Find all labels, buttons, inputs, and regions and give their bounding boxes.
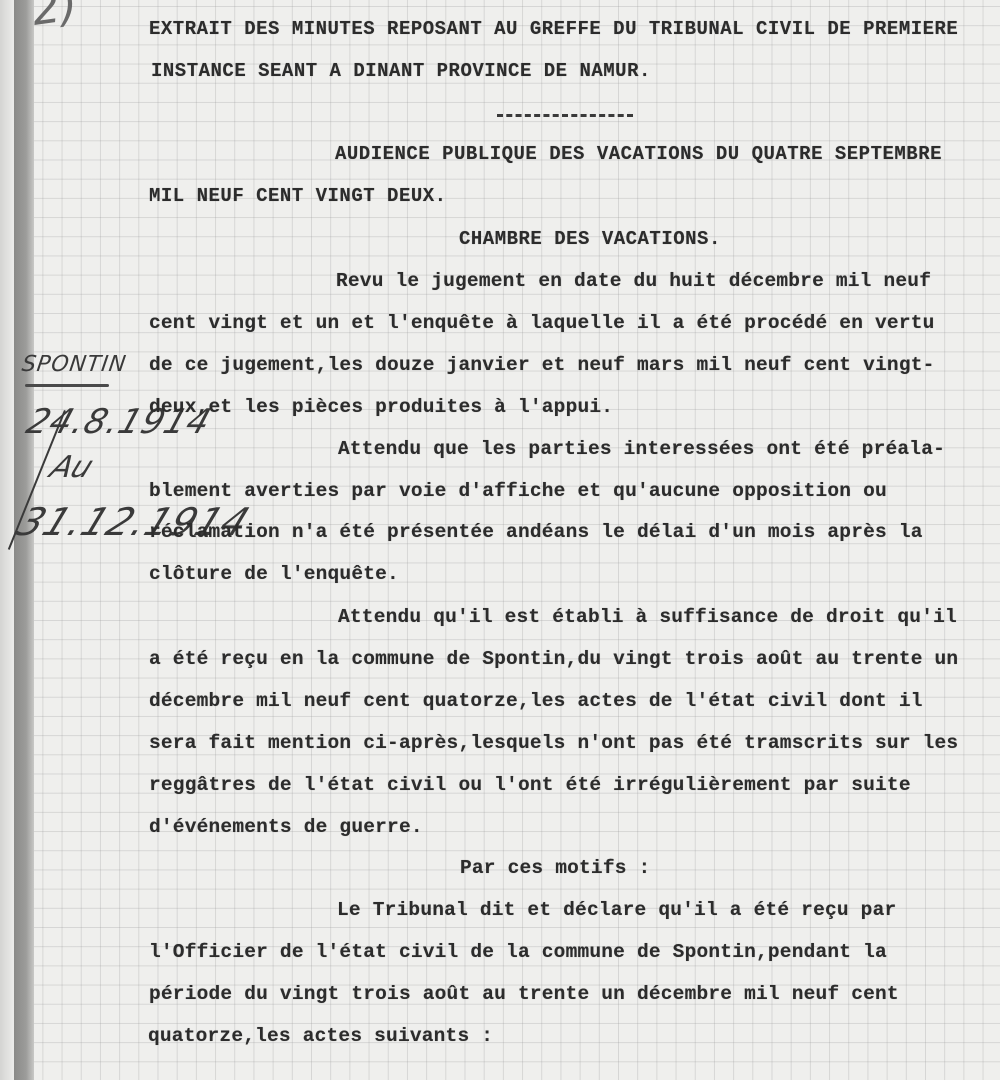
- body-line: réclamation n'a été présentée andéans le…: [149, 521, 923, 543]
- body-line: d'événements de guerre.: [149, 816, 423, 838]
- session-line-1: AUDIENCE PUBLIQUE DES VACATIONS DU QUATR…: [335, 143, 942, 165]
- body-line: Attendu qu'il est établi à suffisance de…: [338, 606, 957, 628]
- body-line: période du vingt trois août au trente un…: [149, 983, 899, 1005]
- body-line: Le Tribunal dit et déclare qu'il a été r…: [337, 899, 896, 921]
- body-line: a été reçu en la commune de Spontin,du v…: [149, 648, 958, 670]
- body-line: l'Officier de l'état civil de la commune…: [149, 941, 887, 963]
- body-line: clôture de l'enquête.: [149, 563, 399, 585]
- margin-place-name: SPONTIN: [20, 352, 128, 377]
- body-line: de ce jugement,les douze janvier et neuf…: [149, 354, 935, 376]
- body-line: reggâtres de l'état civil ou l'ont été i…: [149, 774, 911, 796]
- body-line: cent vingt et un et l'enquête à laquelle…: [149, 312, 935, 334]
- header-line-1: EXTRAIT DES MINUTES REPOSANT AU GREFFE D…: [149, 18, 958, 40]
- folio-mark: 2): [29, 0, 81, 36]
- margin-place-underline: [25, 384, 109, 387]
- body-line: décembre mil neuf cent quatorze,les acte…: [149, 690, 923, 712]
- session-line-2: MIL NEUF CENT VINGT DEUX.: [149, 185, 447, 207]
- document-page: 2) EXTRAIT DES MINUTES REPOSANT AU GREFF…: [0, 0, 1000, 1080]
- section-heading: Par ces motifs :: [460, 857, 650, 879]
- body-line: Revu le jugement en date du huit décembr…: [336, 270, 931, 292]
- body-line: Attendu que les parties interessées ont …: [338, 438, 945, 460]
- margin-connector: Au: [45, 450, 99, 485]
- body-line: quatorze,les actes suivants :: [148, 1025, 493, 1047]
- body-line: blement averties par voie d'affiche et q…: [149, 480, 887, 502]
- body-line: deux,et les pièces produites à l'appui.: [149, 396, 613, 418]
- chamber-title: CHAMBRE DES VACATIONS.: [459, 228, 721, 250]
- header-divider: [497, 114, 633, 117]
- body-line: sera fait mention ci-après,lesquels n'on…: [149, 732, 958, 754]
- header-line-2: INSTANCE SEANT A DINANT PROVINCE DE NAMU…: [151, 60, 651, 82]
